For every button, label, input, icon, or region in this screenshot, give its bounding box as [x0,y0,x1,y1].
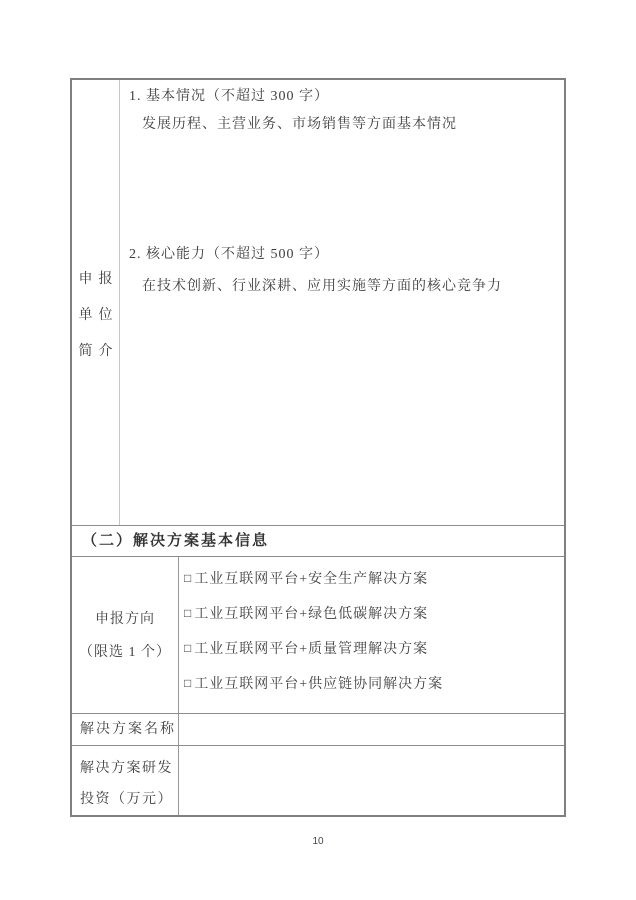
applicant-intro-label-cell: 申报 单位 简介 [72,80,120,525]
direction-option-green-lowcarbon[interactable]: □工业互联网平台+绿色低碳解决方案 [184,597,560,632]
basic-situation-description: 发展历程、主营业务、市场销售等方面基本情况 [129,115,556,135]
direction-label-cell: 申报方向 （限选 1 个） [72,557,179,713]
page-number: 10 [0,836,636,847]
direction-option-label: 工业互联网平台+质量管理解决方案 [194,642,428,657]
solution-name-label: 解决方案名称 [72,714,179,745]
checkbox-icon: □ [184,676,192,690]
direction-option-label: 工业互联网平台+绿色低碳解决方案 [194,607,428,622]
checkbox-icon: □ [184,606,192,620]
application-form-table: 申报 单位 简介 1. 基本情况（不超过 300 字） 发展历程、主营业务、市场… [70,78,566,817]
row-application-direction: 申报方向 （限选 1 个） □工业互联网平台+安全生产解决方案 □工业互联网平台… [72,556,564,713]
applicant-intro-label-line3: 简介 [72,334,119,370]
row-section-header: （二）解决方案基本信息 [72,525,564,556]
direction-label-line1: 申报方向 [72,603,178,636]
row-applicant-intro: 申报 单位 简介 1. 基本情况（不超过 300 字） 发展历程、主营业务、市场… [72,80,564,525]
direction-option-label: 工业互联网平台+安全生产解决方案 [194,572,428,587]
basic-situation-title: 1. 基本情况（不超过 300 字） [129,87,556,107]
checkbox-icon: □ [184,571,192,585]
core-capability-title: 2. 核心能力（不超过 500 字） [129,245,556,265]
direction-options-cell: □工业互联网平台+安全生产解决方案 □工业互联网平台+绿色低碳解决方案 □工业互… [179,557,564,713]
rd-investment-label-line1: 解决方案研发 [80,753,178,784]
checkbox-icon: □ [184,641,192,655]
rd-investment-value-cell[interactable] [179,746,564,815]
applicant-intro-content-cell: 1. 基本情况（不超过 300 字） 发展历程、主营业务、市场销售等方面基本情况… [120,80,564,525]
row-rd-investment: 解决方案研发 投资（万元） [72,745,564,815]
direction-option-supplychain[interactable]: □工业互联网平台+供应链协同解决方案 [184,667,560,702]
direction-option-quality[interactable]: □工业互联网平台+质量管理解决方案 [184,632,560,667]
direction-option-safety[interactable]: □工业互联网平台+安全生产解决方案 [184,562,560,597]
row-solution-name: 解决方案名称 [72,713,564,745]
rd-investment-label-line2: 投资（万元） [80,784,178,815]
applicant-intro-label-line2: 单位 [72,298,119,334]
direction-label-line2: （限选 1 个） [72,636,178,669]
solution-name-value-cell[interactable] [179,714,564,745]
direction-option-label: 工业互联网平台+供应链协同解决方案 [194,677,443,692]
document-page: 申报 单位 简介 1. 基本情况（不超过 300 字） 发展历程、主营业务、市场… [0,0,636,900]
section2-header: （二）解决方案基本信息 [72,526,564,556]
core-capability-description: 在技术创新、行业深耕、应用实施等方面的核心竞争力 [129,277,556,297]
applicant-intro-label-line1: 申报 [72,262,119,298]
rd-investment-label: 解决方案研发 投资（万元） [72,746,179,815]
